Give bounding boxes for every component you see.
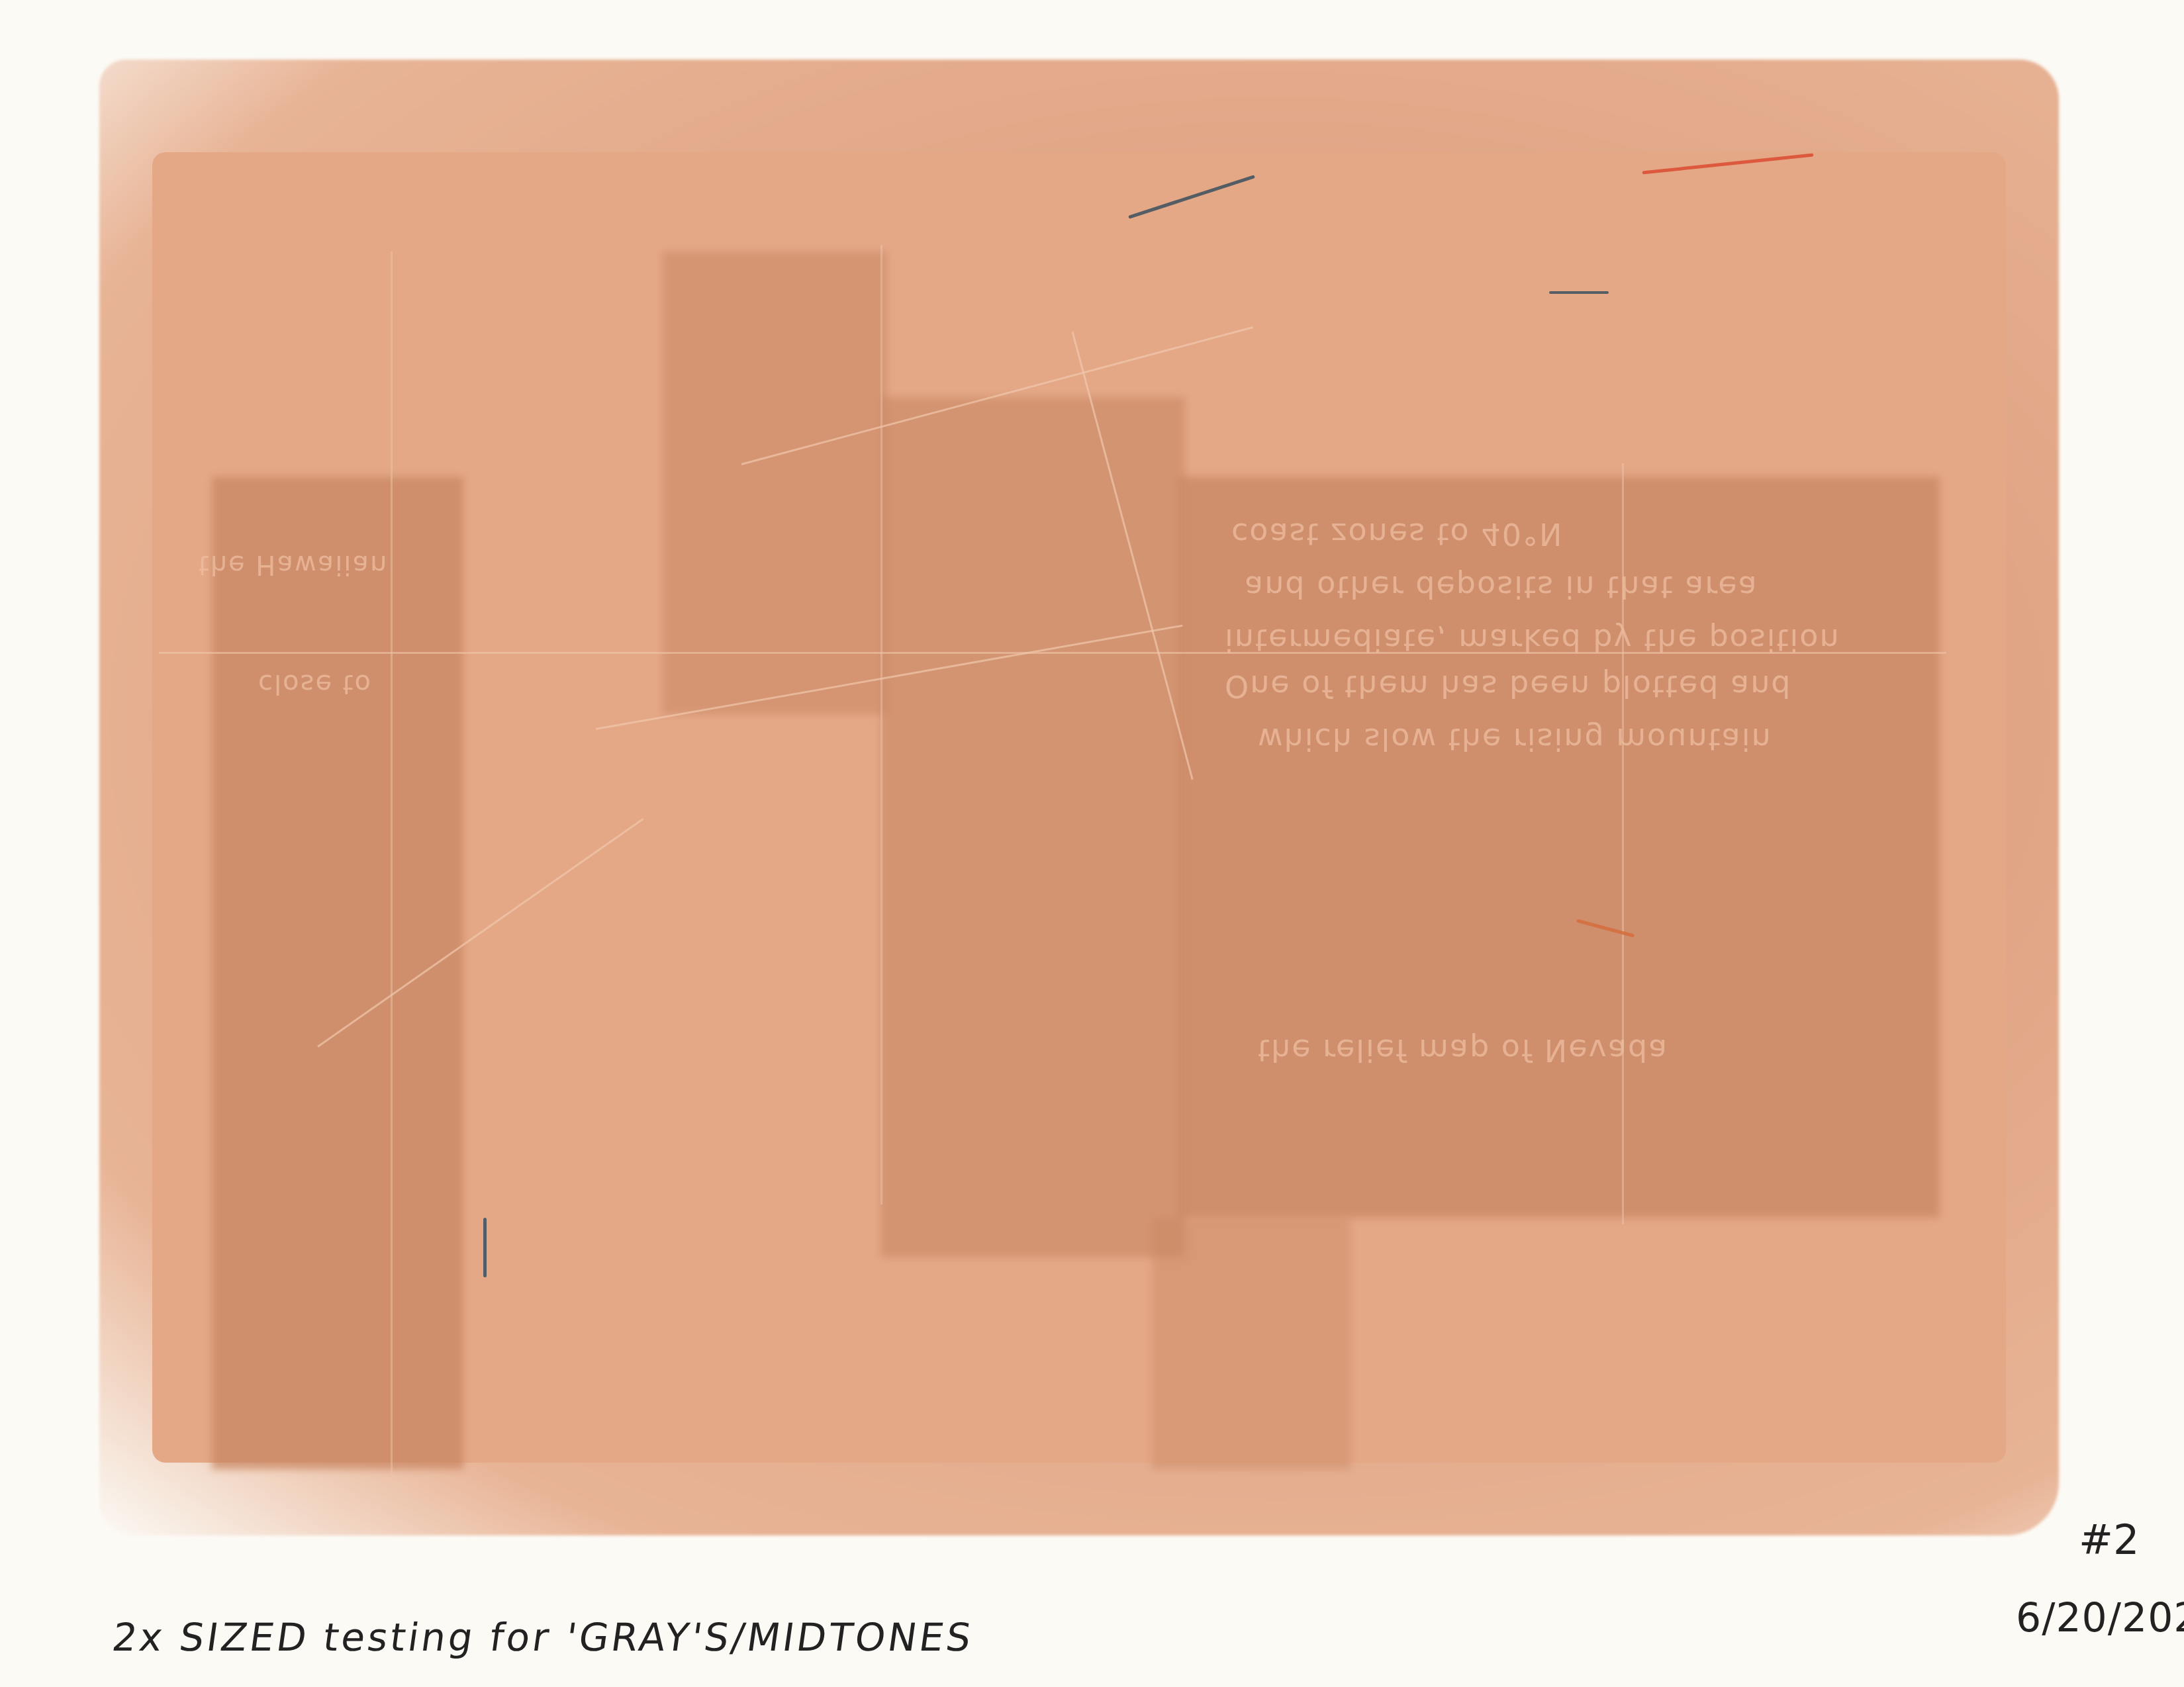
ghost-text: One of them has been plotted and <box>1225 668 1792 704</box>
print-region-left <box>212 477 463 1469</box>
ghost-text: and other deposits in that area <box>1245 569 1758 605</box>
handwritten-number: #2 <box>2079 1516 2139 1564</box>
print-region-center-left <box>662 251 887 715</box>
print-region-lower <box>1152 1218 1351 1469</box>
ghost-text: coast zones to 40°N <box>1231 516 1563 552</box>
handwritten-caption: 2x SIZED testing for 'GRAY'S/MIDTONES <box>109 1615 976 1660</box>
plate-edge-vertical-1 <box>391 251 393 1476</box>
ghost-text: which slow the rising mountain <box>1258 721 1772 757</box>
ghost-text: intermediate, marked by the position <box>1225 622 1840 658</box>
handwritten-date: 6/20/2023 <box>2016 1595 2184 1641</box>
ghost-text: the Hawaiian <box>199 549 388 580</box>
blue-pen-mark <box>483 1218 487 1277</box>
ghost-text: close to <box>258 668 372 699</box>
blue-pen-mark <box>1549 291 1609 294</box>
ghost-text: the relief map of Nevada <box>1258 1032 1668 1068</box>
plate-edge-vertical-2 <box>880 245 882 1205</box>
print-region-center <box>880 397 1185 1257</box>
